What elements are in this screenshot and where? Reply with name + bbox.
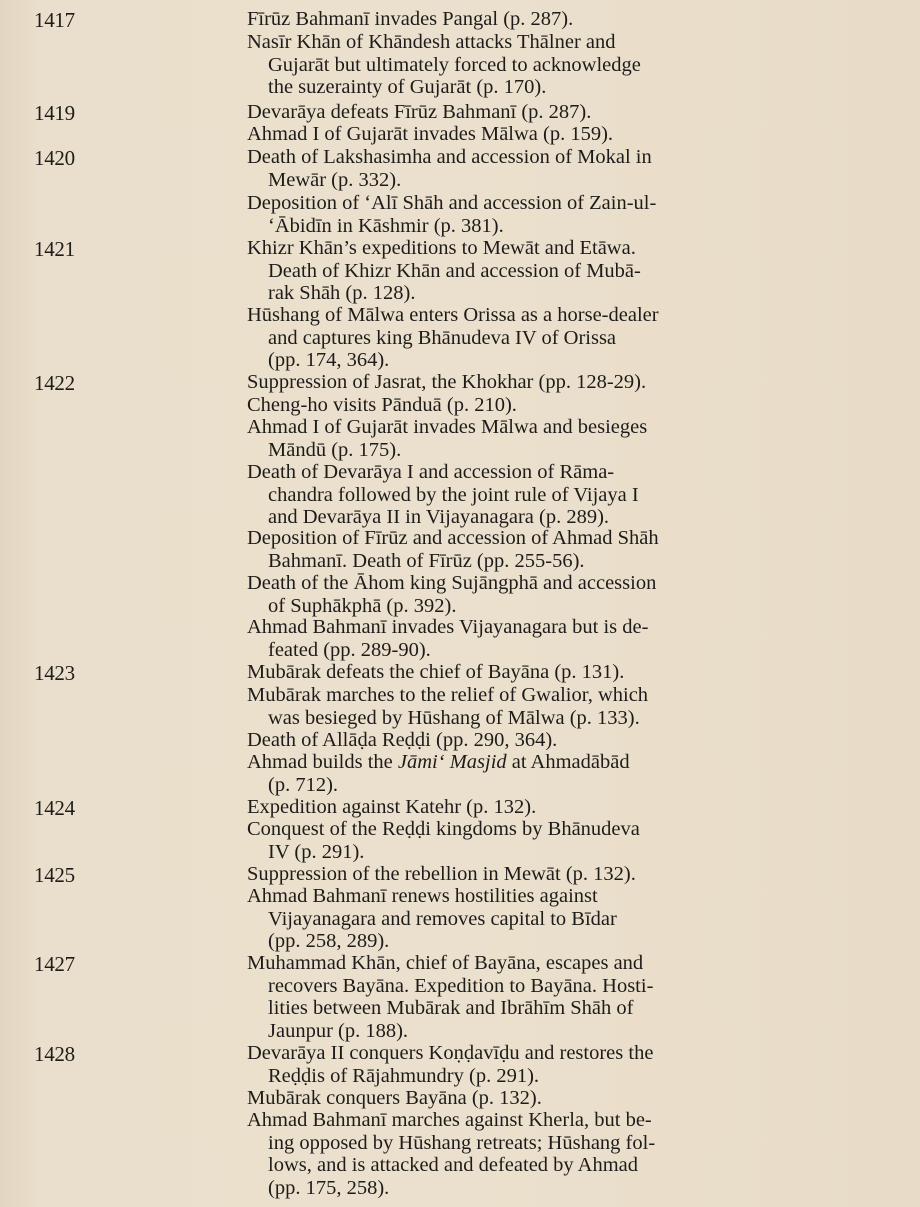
entry-line: Suppression of Jasrat, the Khokhar (pp. …	[247, 371, 777, 394]
entry-line: rak Shāh (p. 128).	[247, 282, 777, 305]
entry-line: Māndū (p. 175).	[247, 439, 777, 462]
entry-line: (p. 712).	[247, 774, 777, 797]
italic-term: Jāmi‘ Masjid	[398, 751, 507, 773]
entry-line: Expedition against Katehr (p. 132).	[247, 796, 777, 819]
chronology-entry: Fīrūz Bahmanī invades Pangal (p. 287).	[247, 8, 777, 31]
chronology-entry: Devarāya II conquers Koṇḍavīḍu and resto…	[247, 1042, 777, 1087]
entry-line: Ahmad I of Gujarāt invades Mālwa and bes…	[247, 416, 777, 439]
entry-line: Bahmanī. Death of Fīrūz (pp. 255-56).	[247, 550, 777, 573]
entry-line: Mubārak defeats the chief of Bayāna (p. …	[247, 661, 777, 684]
chronology-entry: Hūshang of Mālwa enters Orissa as a hors…	[247, 304, 777, 372]
entry-line: and Devarāya II in Vijayanagara (p. 289)…	[247, 506, 777, 529]
entry-line: and captures king Bhānudeva IV of Orissa	[247, 327, 777, 350]
entry-line: Ahmad builds the Jāmi‘ Masjid at Ahmadāb…	[247, 751, 777, 774]
entry-line: Muhammad Khān, chief of Bayāna, escapes …	[247, 952, 777, 975]
entry-line: Devarāya II conquers Koṇḍavīḍu and resto…	[247, 1042, 777, 1065]
entry-line: Fīrūz Bahmanī invades Pangal (p. 287).	[247, 8, 777, 31]
chronology-entry: Mubārak defeats the chief of Bayāna (p. …	[247, 661, 777, 684]
chronology-entry: Suppression of the rebellion in Mewāt (p…	[247, 863, 777, 886]
entry-line: Ahmad Bahmanī renews hostilities against	[247, 885, 777, 908]
chronology-entry: Death of Devarāya I and accession of Rām…	[247, 461, 777, 529]
chronology-entry: Mubārak marches to the relief of Gwalior…	[247, 684, 777, 729]
chronology-entry: Conquest of the Reḍḍi kingdoms by Bhānud…	[247, 818, 777, 863]
entry-line: feated (pp. 289-90).	[247, 639, 777, 662]
year-label: 1420	[34, 146, 75, 170]
entry-line: Conquest of the Reḍḍi kingdoms by Bhānud…	[247, 818, 777, 841]
chronology-entry: Ahmad Bahmanī renews hostilities against…	[247, 885, 777, 953]
chronology-entry: Death of the Āhom king Sujāngphā and acc…	[247, 572, 777, 617]
year-label: 1425	[34, 863, 75, 887]
entry-line: Suppression of the rebellion in Mewāt (p…	[247, 863, 777, 886]
entry-line: Death of the Āhom king Sujāngphā and acc…	[247, 572, 777, 595]
entry-line: ing opposed by Hūshang retreats; Hūshang…	[247, 1132, 777, 1155]
entry-line: Mubārak conquers Bayāna (p. 132).	[247, 1087, 777, 1110]
entry-line: of Suphākphā (p. 392).	[247, 595, 777, 618]
entry-line: Death of Lakshasimha and accession of Mo…	[247, 146, 777, 169]
entry-line: Mewār (p. 332).	[247, 169, 777, 192]
chronology-entry: Muhammad Khān, chief of Bayāna, escapes …	[247, 952, 777, 1042]
entry-line: Mubārak marches to the relief of Gwalior…	[247, 684, 777, 707]
chronology-entry: Deposition of ‘Alī Shāh and accession of…	[247, 192, 777, 237]
entry-line: Devarāya defeats Fīrūz Bahmanī (p. 287).	[247, 101, 777, 124]
entry-line: Cheng-ho visits Pānduā (p. 210).	[247, 394, 777, 417]
entry-line: Death of Allāḍa Reḍḍi (pp. 290, 364).	[247, 729, 777, 752]
chronology-entry: Cheng-ho visits Pānduā (p. 210).	[247, 394, 777, 417]
entry-line: Hūshang of Mālwa enters Orissa as a hors…	[247, 304, 777, 327]
chronology-entry: Expedition against Katehr (p. 132).	[247, 796, 777, 819]
year-label: 1421	[34, 237, 75, 261]
entry-line: Khizr Khān’s expeditions to Mewāt and Et…	[247, 237, 777, 260]
chronology-entry: Nasīr Khān of Khāndesh attacks Thālner a…	[247, 31, 777, 99]
chronology-entry: Ahmad I of Gujarāt invades Mālwa (p. 159…	[247, 123, 777, 146]
entry-line: Death of Khizr Khān and accession of Mub…	[247, 260, 777, 283]
entry-line: Ahmad I of Gujarāt invades Mālwa (p. 159…	[247, 123, 777, 146]
year-label: 1422	[34, 371, 75, 395]
chronology-entry: Suppression of Jasrat, the Khokhar (pp. …	[247, 371, 777, 394]
chronology-entry: Ahmad Bahmanī invades Vijayanagara but i…	[247, 616, 777, 661]
chronology-entry: Khizr Khān’s expeditions to Mewāt and Et…	[247, 237, 777, 305]
entry-text: Ahmad builds the	[247, 751, 398, 773]
chronology-entry: Ahmad builds the Jāmi‘ Masjid at Ahmadāb…	[247, 751, 777, 796]
entry-line: Ahmad Bahmanī marches against Kherla, bu…	[247, 1109, 777, 1132]
year-label: 1417	[34, 8, 75, 32]
entry-line: (pp. 175, 258).	[247, 1177, 777, 1200]
entry-line: lows, and is attacked and defeated by Ah…	[247, 1154, 777, 1177]
year-label: 1419	[34, 101, 75, 125]
year-label: 1427	[34, 952, 75, 976]
year-label: 1423	[34, 661, 75, 685]
entry-line: chandra followed by the joint rule of Vi…	[247, 484, 777, 507]
entry-line: Nasīr Khān of Khāndesh attacks Thālner a…	[247, 31, 777, 54]
entry-line: (pp. 174, 364).	[247, 349, 777, 372]
entry-line: Gujarāt but ultimately forced to acknowl…	[247, 54, 777, 77]
entry-line: Ahmad Bahmanī invades Vijayanagara but i…	[247, 616, 777, 639]
entry-line: ‘Ābidīn in Kāshmir (p. 381).	[247, 215, 777, 238]
chronology-entry: Death of Allāḍa Reḍḍi (pp. 290, 364).	[247, 729, 777, 752]
chronology-entry: Mubārak conquers Bayāna (p. 132).	[247, 1087, 777, 1110]
entry-line: Jaunpur (p. 188).	[247, 1020, 777, 1043]
book-page: 1417 1419 1420 1421 1422 1423 1424 1425 …	[0, 0, 920, 1207]
entry-line: lities between Mubārak and Ibrāhīm Shāh …	[247, 997, 777, 1020]
chronology-entry: Deposition of Fīrūz and accession of Ahm…	[247, 527, 777, 572]
entry-line: Vijayanagara and removes capital to Bīda…	[247, 908, 777, 931]
chronology-entry: Ahmad I of Gujarāt invades Mālwa and bes…	[247, 416, 777, 461]
entry-line: Deposition of ‘Alī Shāh and accession of…	[247, 192, 777, 215]
entry-line: recovers Bayāna. Expedition to Bayāna. H…	[247, 975, 777, 998]
entry-line: IV (p. 291).	[247, 841, 777, 864]
entry-line: the suzerainty of Gujarāt (p. 170).	[247, 76, 777, 99]
entry-line: (pp. 258, 289).	[247, 930, 777, 953]
chronology-entry: Devarāya defeats Fīrūz Bahmanī (p. 287).	[247, 101, 777, 124]
entry-text: at Ahmadābād	[507, 751, 630, 773]
chronology-entry: Death of Lakshasimha and accession of Mo…	[247, 146, 777, 191]
entry-line: Deposition of Fīrūz and accession of Ahm…	[247, 527, 777, 550]
entry-line: Death of Devarāya I and accession of Rām…	[247, 461, 777, 484]
year-label: 1428	[34, 1042, 75, 1066]
entry-line: was besieged by Hūshang of Mālwa (p. 133…	[247, 707, 777, 730]
chronology-entry: Ahmad Bahmanī marches against Kherla, bu…	[247, 1109, 777, 1199]
year-label: 1424	[34, 796, 75, 820]
entry-line: Reḍḍis of Rājahmundry (p. 291).	[247, 1065, 777, 1088]
